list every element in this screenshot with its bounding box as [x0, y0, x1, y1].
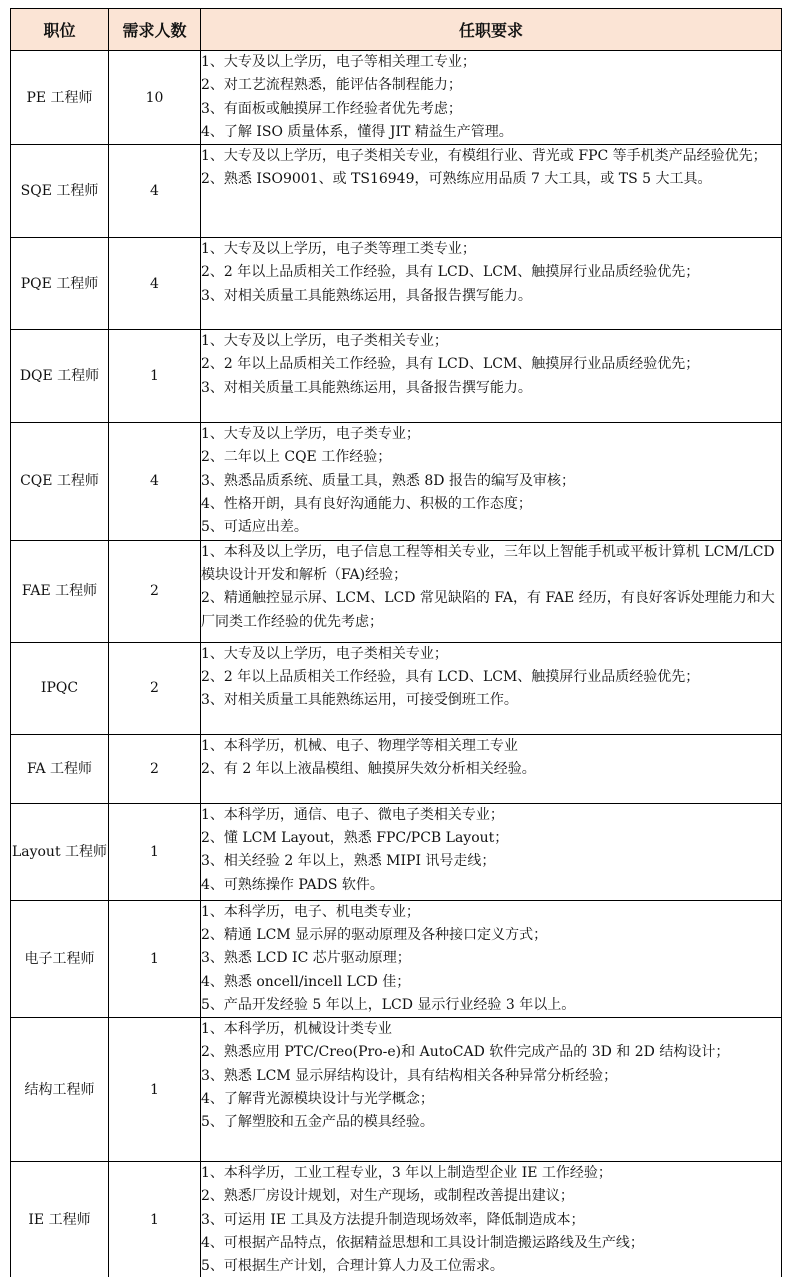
header-position: 职位 [11, 9, 109, 51]
requirement-line: 3、相关经验 2 年以上，熟悉 MIPI 讯号走线； [201, 850, 781, 873]
position-cell: IPQC [11, 642, 109, 734]
table-body: PE 工程师101、大专及以上学历，电子等相关理工专业；2、对工艺流程熟悉，能评… [11, 51, 782, 1277]
requirement-line: 5、产品开发经验 5 年以上，LCD 显示行业经验 3 年以上。 [201, 994, 781, 1017]
table-row: 结构工程师11、本科学历，机械设计类专业2、熟悉应用 PTC/Creo(Pro-… [11, 1018, 782, 1162]
position-cell: 电子工程师 [11, 900, 109, 1017]
headcount-cell: 1 [109, 330, 201, 423]
requirements-cell: 1、大专及以上学历，电子类相关专业；2、2 年以上品质相关工作经验，具有 LCD… [201, 330, 782, 423]
requirement-line: 3、对相关质量工具能熟练运用，可接受倒班工作。 [201, 689, 781, 712]
job-requirements-table: 职位 需求人数 任职要求 PE 工程师101、大专及以上学历，电子等相关理工专业… [10, 8, 782, 1277]
requirement-line: 2、精通触控显示屏、LCM、LCD 常见缺陷的 FA，有 FAE 经历，有良好客… [201, 587, 781, 634]
requirement-line: 1、本科学历，电子、机电类专业； [201, 901, 781, 924]
table-row: SQE 工程师41、大专及以上学历，电子类相关专业，有模组行业、背光或 FPC … [11, 145, 782, 238]
requirement-line: 1、大专及以上学历，电子类相关专业； [201, 330, 781, 353]
requirements-cell: 1、本科学历，电子、机电类专业；2、精通 LCM 显示屏的驱动原理及各种接口定义… [201, 900, 782, 1017]
requirement-line: 5、可根据生产计划，合理计算人力及工位需求。 [201, 1255, 781, 1277]
requirement-line: 4、可根据产品特点，依据精益思想和工具设计制造搬运路线及生产线； [201, 1232, 781, 1255]
requirement-line: 2、二年以上 CQE 工作经验； [201, 446, 781, 469]
header-requirements: 任职要求 [201, 9, 782, 51]
requirement-line: 2、对工艺流程熟悉，能评估各制程能力； [201, 74, 781, 97]
position-cell: Layout 工程师 [11, 803, 109, 900]
requirement-line: 2、熟悉应用 PTC/Creo(Pro-e)和 AutoCAD 软件完成产品的 … [201, 1041, 781, 1064]
headcount-cell: 10 [109, 51, 201, 145]
table-header-row: 职位 需求人数 任职要求 [11, 9, 782, 51]
requirement-line: 2、2 年以上品质相关工作经验，具有 LCD、LCM、触摸屏行业品质经验优先； [201, 666, 781, 689]
headcount-cell: 1 [109, 900, 201, 1017]
requirement-line: 1、大专及以上学历，电子类等理工类专业； [201, 238, 781, 261]
requirement-line: 2、熟悉厂房设计规划，对生产现场，或制程改善提出建议； [201, 1185, 781, 1208]
headcount-cell: 1 [109, 803, 201, 900]
requirement-line: 1、大专及以上学历，电子类专业； [201, 423, 781, 446]
requirement-line: 3、对相关质量工具能熟练运用，具备报告撰写能力。 [201, 285, 781, 308]
requirement-line: 4、性格开朗，具有良好沟通能力、积极的工作态度； [201, 493, 781, 516]
requirements-cell: 1、大专及以上学历，电子类相关专业；2、2 年以上品质相关工作经验，具有 LCD… [201, 642, 782, 734]
requirement-line: 1、大专及以上学历，电子类相关专业，有模组行业、背光或 FPC 等手机类产品经验… [201, 145, 781, 168]
requirement-line: 1、大专及以上学历，电子类相关专业； [201, 643, 781, 666]
headcount-cell: 2 [109, 540, 201, 642]
table-row: IE 工程师11、本科学历，工业工程专业，3 年以上制造型企业 IE 工作经验；… [11, 1162, 782, 1277]
requirements-cell: 1、本科学历，通信、电子、微电子类相关专业；2、懂 LCM Layout，熟悉 … [201, 803, 782, 900]
requirement-line: 2、有 2 年以上液晶模组、触摸屏失效分析相关经验。 [201, 758, 781, 781]
requirement-line: 1、本科学历，机械、电子、物理学等相关理工专业 [201, 735, 781, 758]
requirement-line: 1、大专及以上学历，电子等相关理工专业； [201, 51, 781, 74]
requirement-line: 1、本科学历，机械设计类专业 [201, 1018, 781, 1041]
table-row: 电子工程师11、本科学历，电子、机电类专业；2、精通 LCM 显示屏的驱动原理及… [11, 900, 782, 1017]
headcount-cell: 4 [109, 238, 201, 330]
table-row: PQE 工程师41、大专及以上学历，电子类等理工类专业；2、2 年以上品质相关工… [11, 238, 782, 330]
table-row: DQE 工程师11、大专及以上学历，电子类相关专业；2、2 年以上品质相关工作经… [11, 330, 782, 423]
requirement-line: 1、本科学历，通信、电子、微电子类相关专业； [201, 804, 781, 827]
requirement-line: 3、有面板或触摸屏工作经验者优先考虑； [201, 98, 781, 121]
position-cell: 结构工程师 [11, 1018, 109, 1162]
position-cell: PQE 工程师 [11, 238, 109, 330]
requirement-line: 3、熟悉品质系统、质量工具，熟悉 8D 报告的编写及审核； [201, 470, 781, 493]
requirement-line: 4、熟悉 oncell/incell LCD 佳； [201, 971, 781, 994]
requirement-line: 1、本科学历，工业工程专业，3 年以上制造型企业 IE 工作经验； [201, 1162, 781, 1185]
requirements-cell: 1、大专及以上学历，电子类相关专业，有模组行业、背光或 FPC 等手机类产品经验… [201, 145, 782, 238]
headcount-cell: 1 [109, 1162, 201, 1277]
requirements-cell: 1、大专及以上学历，电子类等理工类专业；2、2 年以上品质相关工作经验，具有 L… [201, 238, 782, 330]
requirement-line: 4、了解背光源模块设计与光学概念； [201, 1088, 781, 1111]
headcount-cell: 4 [109, 423, 201, 540]
position-cell: FAE 工程师 [11, 540, 109, 642]
table-row: CQE 工程师41、大专及以上学历，电子类专业；2、二年以上 CQE 工作经验；… [11, 423, 782, 540]
position-cell: PE 工程师 [11, 51, 109, 145]
requirements-cell: 1、本科及以上学历，电子信息工程等相关专业，三年以上智能手机或平板计算机 LCM… [201, 540, 782, 642]
requirement-line: 2、精通 LCM 显示屏的驱动原理及各种接口定义方式； [201, 924, 781, 947]
table-row: Layout 工程师11、本科学历，通信、电子、微电子类相关专业；2、懂 LCM… [11, 803, 782, 900]
requirement-line: 3、熟悉 LCM 显示屏结构设计，具有结构相关各种异常分析经验； [201, 1065, 781, 1088]
requirement-line: 5、可适应出差。 [201, 516, 781, 539]
position-cell: FA 工程师 [11, 734, 109, 803]
requirement-line: 4、可熟练操作 PADS 软件。 [201, 874, 781, 897]
headcount-cell: 2 [109, 642, 201, 734]
table-row: IPQC21、大专及以上学历，电子类相关专业；2、2 年以上品质相关工作经验，具… [11, 642, 782, 734]
requirement-line: 4、了解 ISO 质量体系，懂得 JIT 精益生产管理。 [201, 121, 781, 144]
position-cell: DQE 工程师 [11, 330, 109, 423]
requirement-line: 2、懂 LCM Layout，熟悉 FPC/PCB Layout； [201, 827, 781, 850]
table-row: FAE 工程师21、本科及以上学历，电子信息工程等相关专业，三年以上智能手机或平… [11, 540, 782, 642]
requirements-cell: 1、本科学历，机械设计类专业2、熟悉应用 PTC/Creo(Pro-e)和 Au… [201, 1018, 782, 1162]
table-row: FA 工程师21、本科学历，机械、电子、物理学等相关理工专业2、有 2 年以上液… [11, 734, 782, 803]
requirements-cell: 1、大专及以上学历，电子等相关理工专业；2、对工艺流程熟悉，能评估各制程能力；3… [201, 51, 782, 145]
requirement-line: 2、2 年以上品质相关工作经验，具有 LCD、LCM、触摸屏行业品质经验优先； [201, 261, 781, 284]
position-cell: SQE 工程师 [11, 145, 109, 238]
headcount-cell: 1 [109, 1018, 201, 1162]
requirement-line: 3、熟悉 LCD IC 芯片驱动原理； [201, 947, 781, 970]
requirements-cell: 1、本科学历，机械、电子、物理学等相关理工专业2、有 2 年以上液晶模组、触摸屏… [201, 734, 782, 803]
table-row: PE 工程师101、大专及以上学历，电子等相关理工专业；2、对工艺流程熟悉，能评… [11, 51, 782, 145]
header-count: 需求人数 [109, 9, 201, 51]
requirement-line: 5、了解塑胶和五金产品的模具经验。 [201, 1111, 781, 1134]
headcount-cell: 2 [109, 734, 201, 803]
headcount-cell: 4 [109, 145, 201, 238]
requirement-line: 2、2 年以上品质相关工作经验，具有 LCD、LCM、触摸屏行业品质经验优先； [201, 353, 781, 376]
requirement-line: 3、对相关质量工具能熟练运用，具备报告撰写能力。 [201, 377, 781, 400]
requirements-cell: 1、本科学历，工业工程专业，3 年以上制造型企业 IE 工作经验；2、熟悉厂房设… [201, 1162, 782, 1277]
requirement-line: 1、本科及以上学历，电子信息工程等相关专业，三年以上智能手机或平板计算机 LCM… [201, 541, 781, 588]
requirement-line: 3、可运用 IE 工具及方法提升制造现场效率，降低制造成本； [201, 1209, 781, 1232]
position-cell: CQE 工程师 [11, 423, 109, 540]
position-cell: IE 工程师 [11, 1162, 109, 1277]
requirement-line: 2、熟悉 ISO9001、或 TS16949，可熟练应用品质 7 大工具，或 T… [201, 168, 781, 191]
requirements-cell: 1、大专及以上学历，电子类专业；2、二年以上 CQE 工作经验；3、熟悉品质系统… [201, 423, 782, 540]
